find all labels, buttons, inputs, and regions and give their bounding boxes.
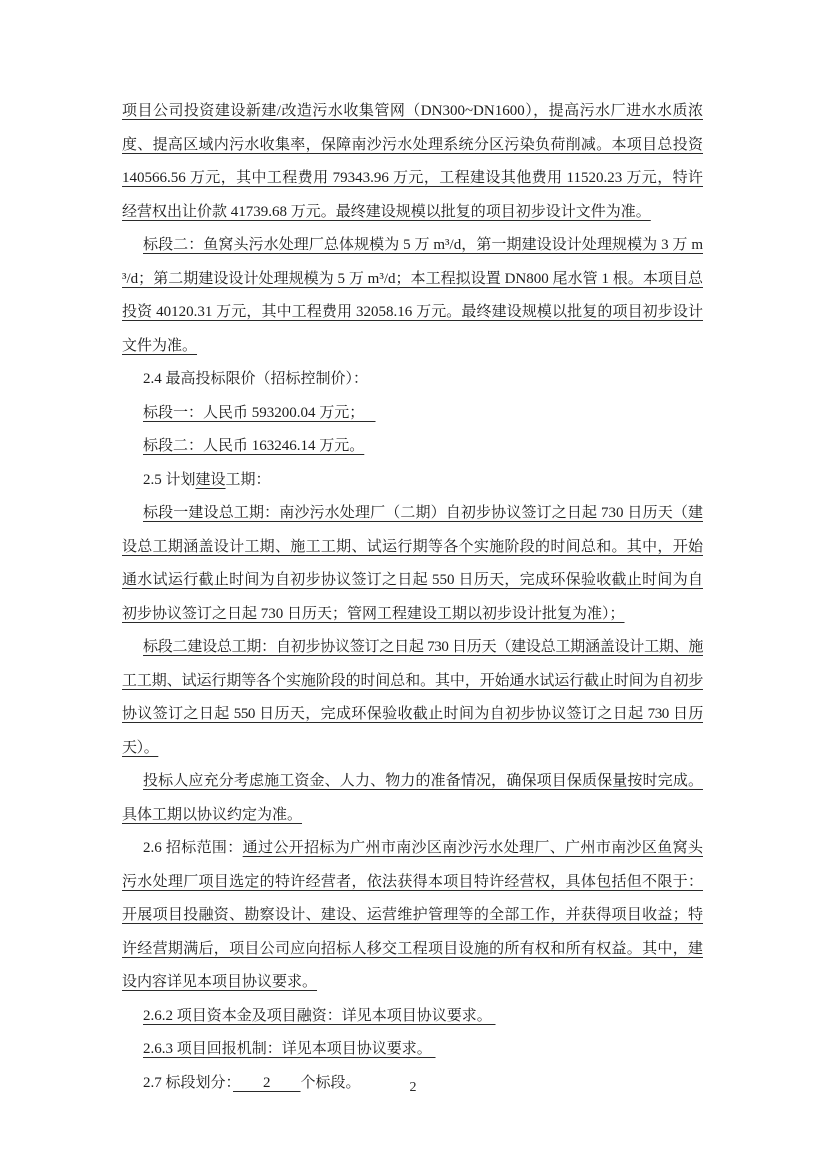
- para-bidder-preparation-note-text: 投标人应充分考虑施工资金、人力、物力的准备情况，确保项目保质保量按时完成。具体工…: [122, 773, 703, 823]
- para-lot2-scale: 标段二：鱼窝头污水处理厂总体规模为 5 万 m³/d，第一期建设设计处理规模为 …: [122, 229, 703, 363]
- para-lot1-price-cap: 标段一：人民币 593200.04 万元；: [122, 397, 703, 431]
- para-2-6-bid-scope-label: 2.6 招标范围：: [143, 840, 243, 856]
- para-lot1-construction-period-text: 标段一建设总工期：南沙污水处理厂（二期）自初步协议签订之日起 730 日历天（建…: [122, 505, 703, 622]
- page-body: 项目公司投资建设新建/改造污水收集管网（DN300~DN1600），提高污水厂进…: [122, 95, 703, 1100]
- para-2-6-3-return-mechanism-text: 2.6.3 项目回报机制：详见本项目协议要求。: [143, 1041, 436, 1057]
- heading-2-5-construction-period: 2.5 计划建设工期：: [122, 464, 703, 498]
- heading-2-5-suffix: 工期：: [226, 472, 271, 488]
- para-lot2-scale-text: 标段二：鱼窝头污水处理厂总体规模为 5 万 m³/d，第一期建设设计处理规模为 …: [122, 237, 703, 354]
- para-project-investment: 项目公司投资建设新建/改造污水收集管网（DN300~DN1600），提高污水厂进…: [122, 95, 703, 229]
- para-lot1-construction-period: 标段一建设总工期：南沙污水处理厂（二期）自初步协议签订之日起 730 日历天（建…: [122, 497, 703, 631]
- para-lot2-price-cap: 标段二：人民币 163246.14 万元。: [122, 430, 703, 464]
- para-2-6-2-capital-financing: 2.6.2 项目资本金及项目融资：详见本项目协议要求。: [122, 1000, 703, 1034]
- para-lot1-price-cap-text: 标段一：人民币 593200.04 万元；: [143, 405, 376, 421]
- para-2-6-bid-scope-text: 通过公开招标为广州市南沙区南沙污水处理厂、广州市南沙区鱼窝头污水处理厂项目选定的…: [122, 840, 703, 990]
- para-2-6-3-return-mechanism: 2.6.3 项目回报机制：详见本项目协议要求。: [122, 1033, 703, 1067]
- document-page: 项目公司投资建设新建/改造污水收集管网（DN300~DN1600），提高污水厂进…: [0, 0, 826, 1169]
- para-2-6-bid-scope: 2.6 招标范围：通过公开招标为广州市南沙区南沙污水处理厂、广州市南沙区鱼窝头污…: [122, 832, 703, 1000]
- para-lot2-price-cap-text: 标段二：人民币 163246.14 万元。: [143, 438, 364, 454]
- para-2-6-2-capital-financing-text: 2.6.2 项目资本金及项目融资：详见本项目协议要求。: [143, 1008, 496, 1024]
- heading-2-5-underlined-word: 建设: [196, 472, 226, 488]
- page-number: 2: [0, 1078, 826, 1098]
- para-bidder-preparation-note: 投标人应充分考虑施工资金、人力、物力的准备情况，确保项目保质保量按时完成。具体工…: [122, 765, 703, 832]
- heading-2-4-text: 2.4 最高投标限价（招标控制价）：: [143, 371, 368, 387]
- heading-2-5-prefix: 2.5 计划: [143, 472, 196, 488]
- para-project-investment-text: 项目公司投资建设新建/改造污水收集管网（DN300~DN1600），提高污水厂进…: [122, 103, 703, 220]
- para-lot2-construction-period-text: 标段二建设总工期：自初步协议签订之日起 730 日历天（建设总工期涵盖设计工期、…: [122, 639, 703, 756]
- para-lot2-construction-period: 标段二建设总工期：自初步协议签订之日起 730 日历天（建设总工期涵盖设计工期、…: [122, 631, 703, 765]
- heading-2-4-price-cap: 2.4 最高投标限价（招标控制价）：: [122, 363, 703, 397]
